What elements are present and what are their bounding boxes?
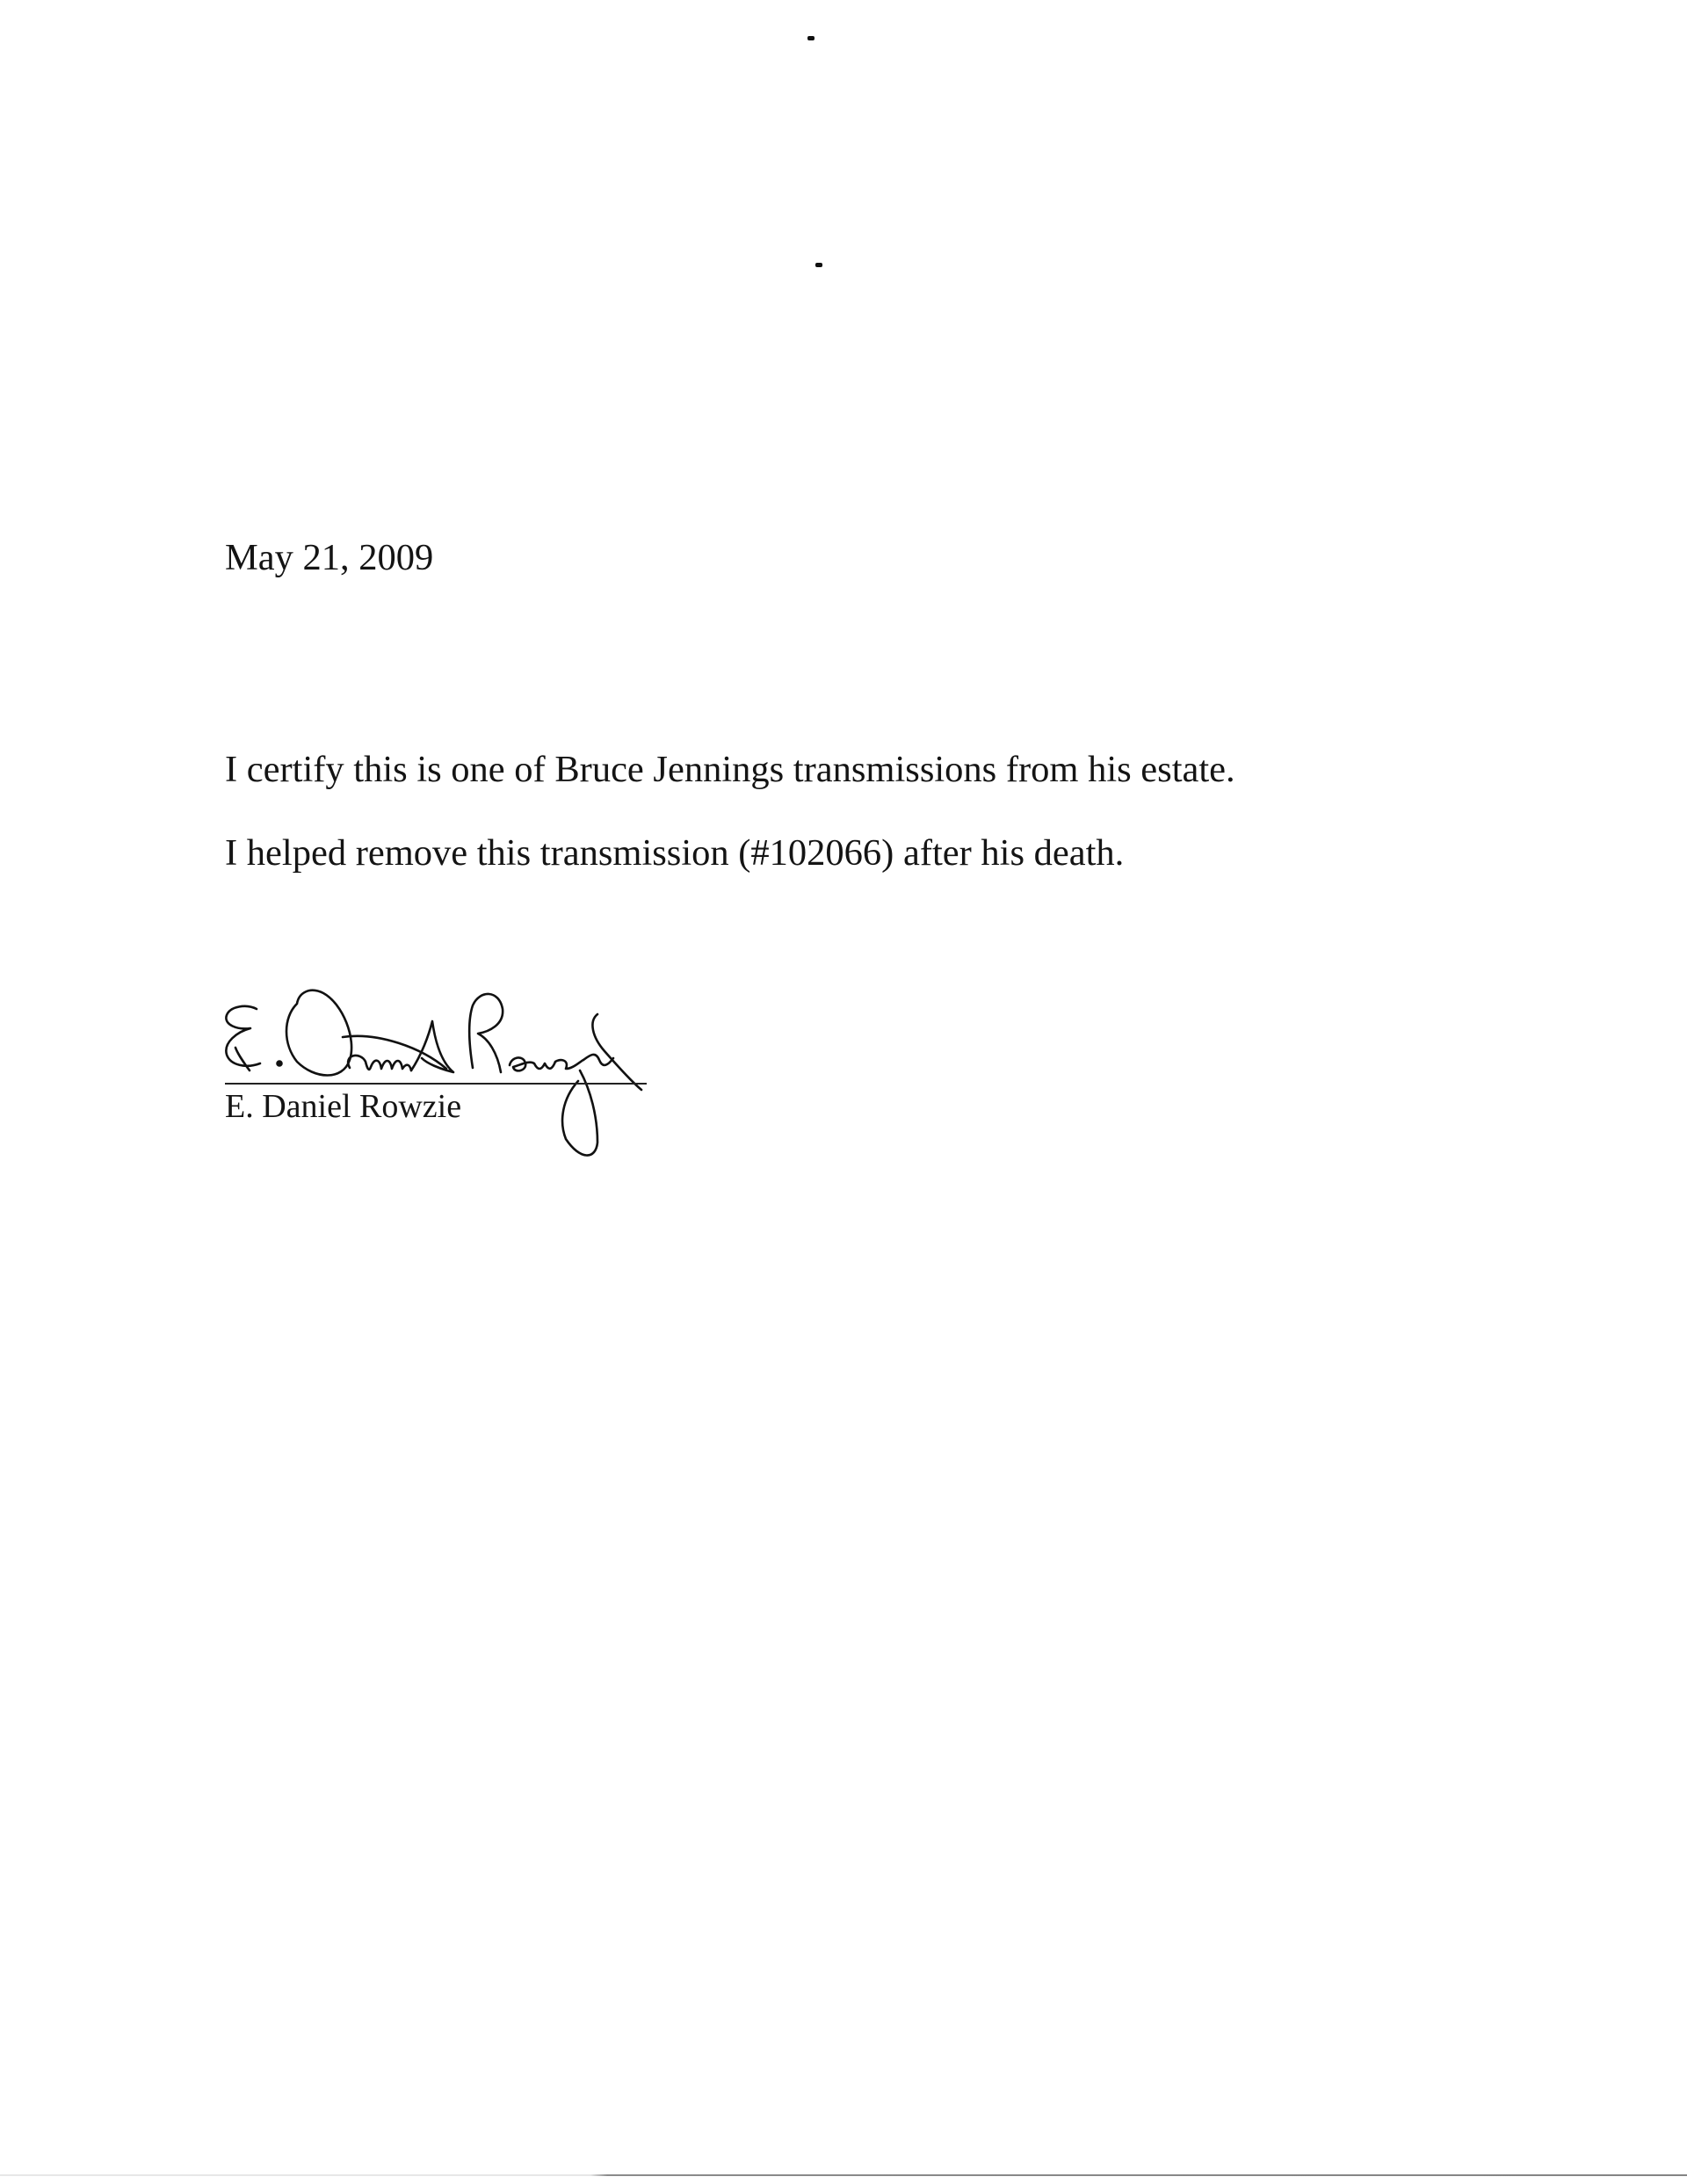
handwritten-signature [211,967,826,1169]
removal-statement: I helped remove this transmission (#1020… [225,835,1124,873]
scan-speck [815,263,822,267]
scan-speck [807,36,815,40]
scan-edge-line [0,2174,1687,2176]
signature-line [225,1083,647,1085]
letter-date: May 21, 2009 [225,540,433,577]
signer-name: E. Daniel Rowzie [225,1090,461,1123]
certification-statement: I certify this is one of Bruce Jennings … [225,751,1235,789]
